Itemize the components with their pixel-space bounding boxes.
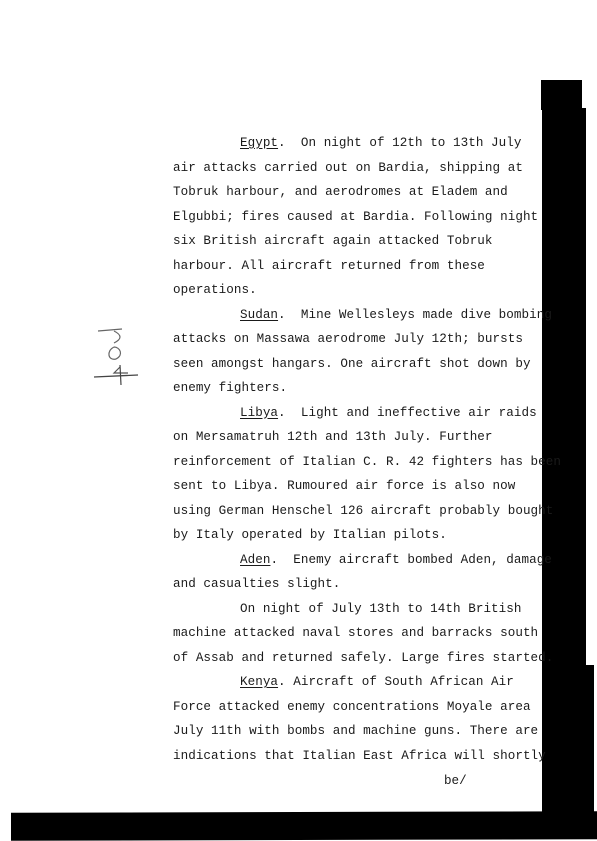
paragraph-libya-line: on Mersamatruh 12th and 13th July. Furth… [173, 425, 543, 450]
paragraph-assab-line-1: On night of July 13th to 14th British [173, 597, 543, 622]
paragraph-egypt-line: air attacks carried out on Bardia, shipp… [173, 156, 543, 181]
heading-aden: Aden [240, 553, 270, 567]
paragraph-egypt-line: Elgubbi; fires caused at Bardia. Followi… [173, 205, 543, 230]
paragraph-aden-line: and casualties slight. [173, 572, 543, 597]
paragraph-egypt-line-1: Egypt. On night of 12th to 13th July [173, 131, 543, 156]
paragraph-assab-line: machine attacked naval stores and barrac… [173, 621, 543, 646]
paragraph-libya-line: using German Henschel 126 aircraft proba… [173, 499, 543, 524]
paragraph-kenya-line: Force attacked enemy concentrations Moya… [173, 695, 543, 720]
paragraph-kenya-line: July 11th with bombs and machine guns. T… [173, 719, 543, 744]
typed-report-body: Egypt. On night of 12th to 13th July air… [173, 131, 543, 768]
paragraph-libya-line: sent to Libya. Rumoured air force is als… [173, 474, 543, 499]
paragraph-sudan-line: seen amongst hangars. One aircraft shot … [173, 352, 543, 377]
scanned-page: Egypt. On night of 12th to 13th July air… [0, 0, 597, 841]
paragraph-sudan-line: enemy fighters. [173, 376, 543, 401]
paragraph-egypt-line: six British aircraft again attacked Tobr… [173, 229, 543, 254]
paragraph-assab-line: of Assab and returned safely. Large fire… [173, 646, 543, 671]
paragraph-egypt-line: harbour. All aircraft returned from thes… [173, 254, 543, 279]
heading-kenya: Kenya [240, 675, 278, 689]
scan-edge-shadow-top [541, 80, 582, 110]
paragraph-libya-line: reinforcement of Italian C. R. 42 fighte… [173, 450, 543, 475]
paragraph-egypt-line: operations. [173, 278, 543, 303]
paragraph-libya-line-1: Libya. Light and ineffective air raids [173, 401, 543, 426]
paragraph-sudan-line: attacks on Massawa aerodrome July 12th; … [173, 327, 543, 352]
scan-edge-shadow-bottom [11, 811, 597, 841]
paragraph-egypt-line: Tobruk harbour, and aerodromes at Eladem… [173, 180, 543, 205]
handwritten-folio-number [92, 325, 142, 385]
heading-libya: Libya [240, 406, 278, 420]
paragraph-kenya-line-1: Kenya. Aircraft of South African Air [173, 670, 543, 695]
scan-edge-shadow-right-lower [546, 665, 594, 825]
paragraph-sudan-line-1: Sudan. Mine Wellesleys made dive bombing [173, 303, 543, 328]
heading-sudan: Sudan [240, 308, 278, 322]
paragraph-kenya-line: indications that Italian East Africa wil… [173, 744, 543, 769]
paragraph-aden-line-1: Aden. Enemy aircraft bombed Aden, damage [173, 548, 543, 573]
heading-egypt: Egypt [240, 136, 278, 150]
continuation-catchword: be/ [444, 774, 467, 788]
paragraph-libya-line: by Italy operated by Italian pilots. [173, 523, 543, 548]
